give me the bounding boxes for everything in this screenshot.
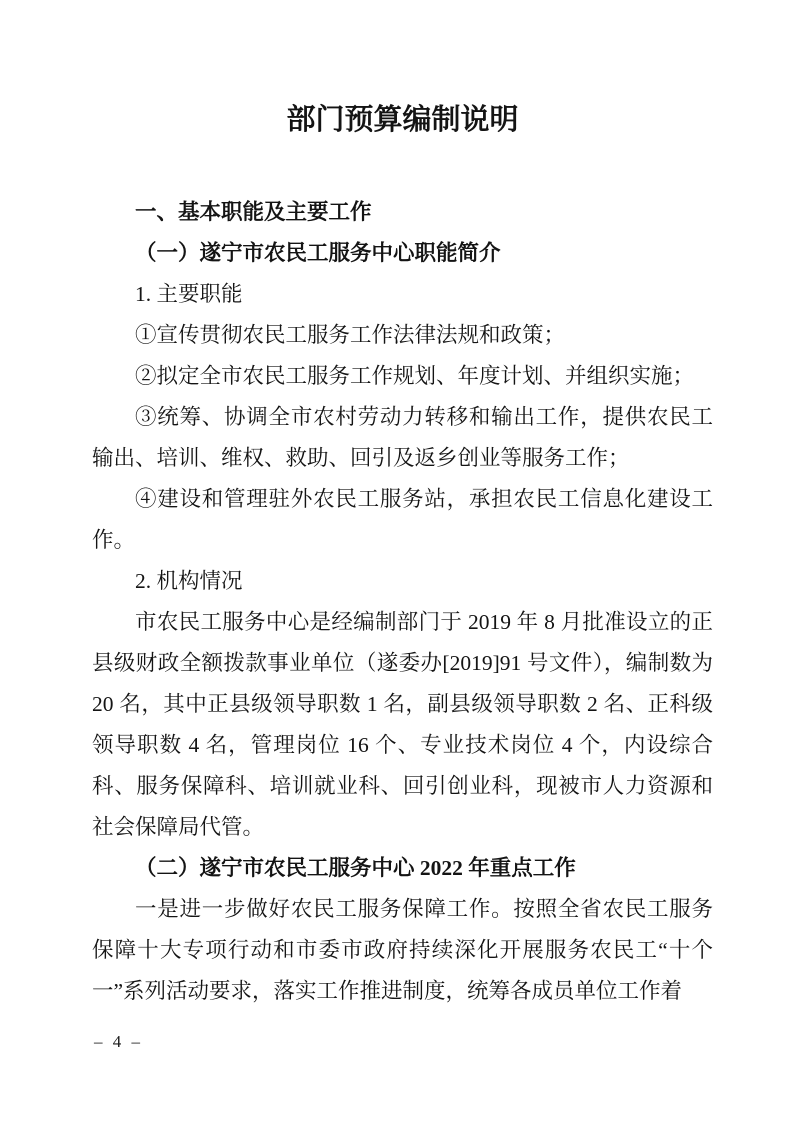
page-title: 部门预算编制说明 <box>92 99 713 142</box>
subsection-heading-center-intro: （一）遂宁市农民工服务中心职能简介 <box>92 233 713 274</box>
page-number: – 4 – <box>94 1030 143 1054</box>
list-item-function-4: ④建设和管理驻外农民工服务站，承担农民工信息化建设工作。 <box>92 479 713 561</box>
paragraph-key-work-1: 一是进一步做好农民工服务保障工作。按照全省农民工服务保障十大专项行动和市委市政府… <box>92 889 713 1012</box>
paragraph-org-situation-label: 2. 机构情况 <box>92 561 713 602</box>
document-body: 部门预算编制说明 一、基本职能及主要工作 （一）遂宁市农民工服务中心职能简介 1… <box>92 99 713 1012</box>
section-heading-basic-functions: 一、基本职能及主要工作 <box>92 192 713 233</box>
paragraph-main-functions-label: 1. 主要职能 <box>92 274 713 315</box>
subsection-heading-2022-key-work: （二）遂宁市农民工服务中心 2022 年重点工作 <box>92 848 713 889</box>
list-item-function-1: ①宣传贯彻农民工服务工作法律法规和政策； <box>92 315 713 356</box>
paragraph-org-details: 市农民工服务中心是经编制部门于 2019 年 8 月批准设立的正县级财政全额拨款… <box>92 602 713 848</box>
document-page: 部门预算编制说明 一、基本职能及主要工作 （一）遂宁市农民工服务中心职能简介 1… <box>0 0 793 1122</box>
list-item-function-3: ③统筹、协调全市农村劳动力转移和输出工作，提供农民工输出、培训、维权、救助、回引… <box>92 397 713 479</box>
list-item-function-2: ②拟定全市农民工服务工作规划、年度计划、并组织实施； <box>92 356 713 397</box>
